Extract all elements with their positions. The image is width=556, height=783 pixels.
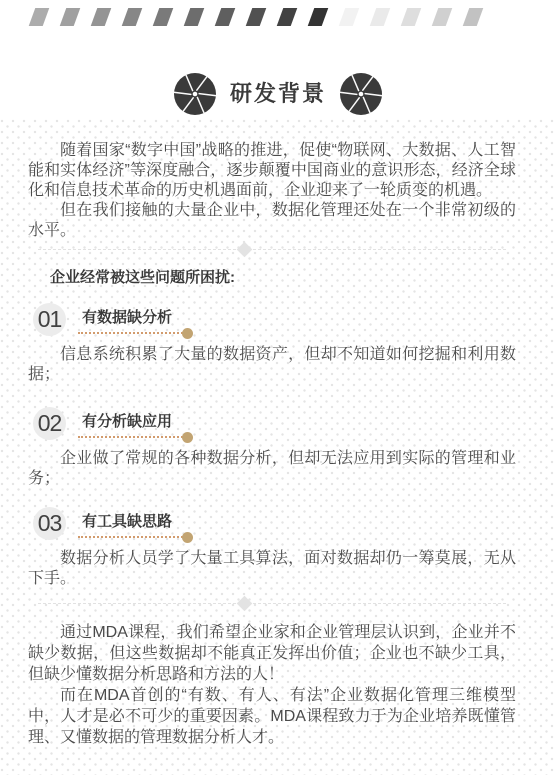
stripe — [153, 8, 174, 26]
accent-dot-icon — [182, 432, 193, 443]
stripe — [184, 8, 205, 26]
intro-paragraph-1: 随着国家“数字中国”战略的推进，促使“物联网、大数据、人工智能和实体经济”等深度… — [28, 141, 516, 201]
stripe — [463, 8, 484, 26]
stripe — [122, 8, 143, 26]
item-title: 有分析缺应用 — [82, 413, 172, 430]
stripe — [246, 8, 267, 26]
problem-item-2: 02 有分析缺应用 企业做了常规的各种数据分析，但却无法应用到实际的管理和业务； — [28, 407, 516, 489]
aperture-icon — [173, 72, 217, 116]
diamond-icon — [237, 242, 253, 258]
outro-paragraph-2: 而在MDA首创的“有数、有人、有法”企业数据化管理三维模型中，人才是必不可少的重… — [28, 685, 516, 748]
problem-item-1: 01 有数据缺分析 信息系统积累了大量的数据资产，但却不知道如何挖掘和利用数据； — [28, 303, 516, 385]
divider-line — [38, 249, 506, 250]
section-divider — [28, 244, 516, 255]
item-title: 有工具缺思路 — [82, 513, 172, 530]
item-description: 企业做了常规的各种数据分析，但却无法应用到实际的管理和业务； — [28, 449, 516, 489]
outro-paragraph-1: 通过MDA课程，我们希望企业家和企业管理层认识到，企业并不缺少数据，但这些数据却… — [28, 622, 516, 685]
item-title-underline: 有分析缺应用 — [78, 410, 186, 438]
stripe — [401, 8, 422, 26]
problem-item-3: 03 有工具缺思路 数据分析人员学了大量工具算法，面对数据却仍一筹莫展，无从下手… — [28, 507, 516, 589]
accent-dot-icon — [182, 328, 193, 339]
item-description: 数据分析人员学了大量工具算法，面对数据却仍一筹莫展，无从下手。 — [28, 549, 516, 589]
title-row: 研发背景 — [0, 72, 556, 116]
item-number-badge: 02 — [33, 407, 66, 440]
intro-paragraph-2: 但在我们接触的大量企业中，数据化管理还处在一个非常初级的水平。 — [28, 201, 516, 241]
stripe — [215, 8, 236, 26]
page-title: 研发背景 — [230, 72, 326, 116]
stripe — [91, 8, 112, 26]
stripes-decoration — [0, 0, 556, 26]
stripe — [29, 8, 50, 26]
item-description: 信息系统积累了大量的数据资产，但却不知道如何挖掘和利用数据； — [28, 345, 516, 385]
article-page: 研发背景 随着国家“数字中国”战略的推进，促使“物联网、大数据、人工智能和实体经… — [0, 0, 556, 783]
aperture-icon — [339, 72, 383, 116]
item-title-underline: 有数据缺分析 — [78, 306, 186, 334]
item-head: 02 有分析缺应用 — [28, 407, 516, 440]
item-number-badge: 01 — [33, 303, 66, 336]
section-heading: 企业经常被这些问题所困扰: — [50, 269, 516, 287]
diamond-icon — [237, 596, 253, 612]
accent-dot-icon — [182, 532, 193, 543]
intro-section: 随着国家“数字中国”战略的推进，促使“物联网、大数据、人工智能和实体经济”等深度… — [28, 118, 516, 241]
item-head: 01 有数据缺分析 — [28, 303, 516, 336]
stripe — [432, 8, 453, 26]
stripe — [60, 8, 81, 26]
stripe — [308, 8, 329, 26]
section-divider — [28, 598, 516, 609]
item-title-underline: 有工具缺思路 — [78, 510, 186, 538]
divider-line — [38, 603, 506, 604]
article-content: 随着国家“数字中国”战略的推进，促使“物联网、大数据、人工智能和实体经济”等深度… — [0, 118, 556, 775]
stripe — [370, 8, 391, 26]
outro-section: 通过MDA课程，我们希望企业家和企业管理层认识到，企业并不缺少数据，但这些数据却… — [28, 622, 516, 748]
item-number-badge: 03 — [33, 507, 66, 540]
header: 研发背景 — [0, 0, 556, 118]
item-title: 有数据缺分析 — [82, 309, 172, 326]
item-head: 03 有工具缺思路 — [28, 507, 516, 540]
stripe — [277, 8, 298, 26]
stripe — [339, 8, 360, 26]
